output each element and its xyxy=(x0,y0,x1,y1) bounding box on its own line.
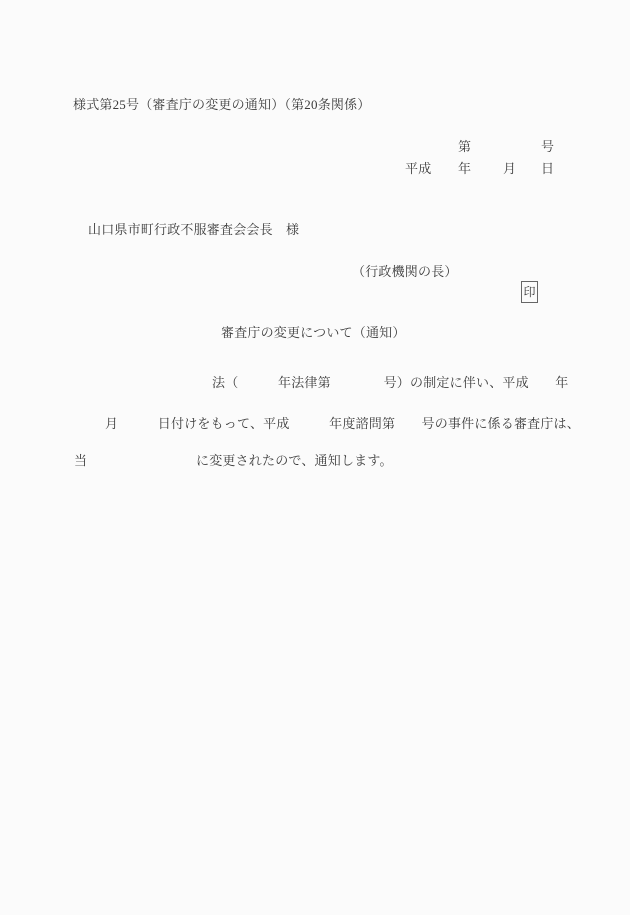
date-era-label: 平成 xyxy=(405,161,431,177)
date-year-label: 年 xyxy=(458,161,471,177)
body-line-3-suffix: に変更されたので、通知します。 xyxy=(196,453,393,469)
seal-character: 印 xyxy=(523,286,535,298)
addressee-line: 山口県市町行政不服審査会会長 様 xyxy=(88,222,299,238)
body-line-1: 法（ 年法律第 号）の制定に伴い、平成 年 xyxy=(212,375,568,391)
date-day-label: 日 xyxy=(541,161,554,177)
document-title: 審査庁の変更について（通知） xyxy=(221,325,406,341)
sender-title-label: （行政機関の長） xyxy=(352,264,458,280)
form-number-label: 様式第25号（審査庁の変更の通知）（第20条関係） xyxy=(73,97,371,113)
body-line-2: 月 日付けをもって、平成 年度諮問第 号の事件に係る審査庁は、 xyxy=(105,416,580,432)
seal-mark: 印 xyxy=(521,281,538,303)
doc-number-prefix: 第 xyxy=(458,139,471,155)
doc-number-suffix: 号 xyxy=(541,139,554,155)
document-page: 様式第25号（審査庁の変更の通知）（第20条関係） 第 号 平成 年 月 日 山… xyxy=(0,0,630,915)
body-line-3-prefix: 当 xyxy=(74,453,87,469)
date-month-label: 月 xyxy=(503,161,516,177)
